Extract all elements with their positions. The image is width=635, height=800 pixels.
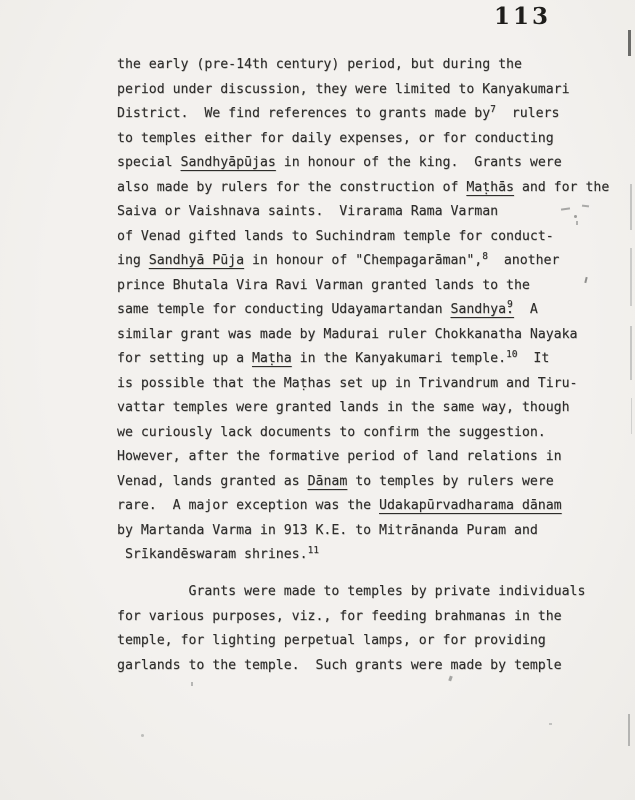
text-segment: temple, for lighting perpetual lamps, or… — [117, 633, 546, 648]
text-segment: same temple for conducting Udayamartanda… — [117, 302, 450, 317]
body-text: the early (pre-14th century) period, but… — [117, 53, 609, 678]
scan-edge-mark — [630, 326, 632, 380]
text-segment: However, after the formative period of l… — [117, 449, 562, 464]
text-segment: District. We find references to grants m… — [117, 106, 490, 121]
pencil-smudge-mark — [574, 215, 577, 218]
text-line: for various purposes, viz., for feeding … — [117, 605, 609, 630]
text-line: temple, for lighting perpetual lamps, or… — [117, 629, 609, 654]
footnote-reference: .9 — [506, 302, 514, 317]
text-line: Venad, lands granted as Dānam to temples… — [117, 470, 609, 495]
scan-edge-mark — [628, 30, 631, 56]
scan-speck — [191, 682, 193, 686]
footnote-number: 9 — [507, 293, 513, 318]
text-line: for setting up a Maṭha in the Kanyakumar… — [117, 347, 609, 372]
footnote-reference: 8 — [482, 251, 488, 262]
text-line: Srīkandēswaram shrines.11 — [117, 543, 609, 568]
underlined-term: Sandhyāpūjas — [181, 155, 276, 170]
text-line: we curiously lack documents to confirm t… — [117, 421, 609, 446]
page-number: 113 — [494, 3, 551, 30]
text-segment: to temples either for daily expenses, or… — [117, 131, 554, 146]
text-segment: Saiva or Vaishnava saints. Virarama Rama… — [117, 204, 498, 219]
text-segment: of Venad gifted lands to Suchindram temp… — [117, 229, 554, 244]
text-line: However, after the formative period of l… — [117, 445, 609, 470]
text-segment: similar grant was made by Madurai ruler … — [117, 327, 578, 342]
footnote-reference: 10 — [506, 349, 517, 360]
text-segment: in honour of "Chempagarāman", — [244, 253, 482, 268]
text-line: prince Bhutala Vira Ravi Varman granted … — [117, 274, 609, 299]
text-segment: to temples by rulers were — [347, 474, 553, 489]
text-line: garlands to the temple. Such grants were… — [117, 654, 609, 679]
scan-speck — [549, 723, 552, 725]
scan-edge-mark — [628, 714, 630, 746]
pencil-smudge-mark — [576, 221, 578, 225]
text-line: also made by rulers for the construction… — [117, 176, 609, 201]
text-line: period under discussion, they were limit… — [117, 78, 609, 103]
scan-edge-mark — [630, 248, 632, 306]
text-segment: prince Bhutala Vira Ravi Varman granted … — [117, 278, 530, 293]
scan-speck — [141, 734, 144, 737]
text-line: to temples either for daily expenses, or… — [117, 127, 609, 152]
text-segment: ing — [117, 253, 149, 268]
underlined-term: Dānam — [308, 474, 348, 489]
text-segment: for setting up a — [117, 351, 252, 366]
text-segment: by Martanda Varma in 913 K.E. to Mitrāna… — [117, 523, 538, 538]
text-line: by Martanda Varma in 913 K.E. to Mitrāna… — [117, 519, 609, 544]
text-segment: we curiously lack documents to confirm t… — [117, 425, 546, 440]
text-line: Saiva or Vaishnava saints. Virarama Rama… — [117, 200, 609, 225]
text-line: the early (pre-14th century) period, but… — [117, 53, 609, 78]
text-line: of Venad gifted lands to Suchindram temp… — [117, 225, 609, 250]
text-line: similar grant was made by Madurai ruler … — [117, 323, 609, 348]
scan-speck — [448, 676, 453, 682]
text-segment: the early (pre-14th century) period, but… — [117, 57, 522, 72]
text-segment: special — [117, 155, 181, 170]
text-segment: It — [518, 351, 550, 366]
text-segment: Venad, lands granted as — [117, 474, 308, 489]
text-line: special Sandhyāpūjas in honour of the ki… — [117, 151, 609, 176]
scan-edge-mark — [630, 184, 632, 230]
footnote-reference: 11 — [308, 545, 319, 556]
text-segment: another — [488, 253, 559, 268]
footnote-reference: 7 — [490, 104, 496, 115]
scan-edge-mark — [631, 398, 632, 434]
underlined-term: Maṭha — [252, 351, 292, 366]
text-segment: Grants were made to temples by private i… — [117, 584, 585, 599]
text-line: ing Sandhyā Pūja in honour of "Chempagar… — [117, 249, 609, 274]
text-segment: Srīkandēswaram shrines. — [117, 547, 308, 562]
text-segment: also made by rulers for the construction… — [117, 180, 466, 195]
text-segment: and for the — [514, 180, 609, 195]
text-line: District. We find references to grants m… — [117, 102, 609, 127]
underlined-term: Udakapūrvadharama dānam — [379, 498, 562, 513]
underlined-term: Sandhyā Pūja — [149, 253, 244, 268]
paragraph: the early (pre-14th century) period, but… — [117, 53, 609, 568]
text-line: same temple for conducting Udayamartanda… — [117, 298, 609, 323]
text-segment: rare. A major exception was the — [117, 498, 379, 513]
text-segment: period under discussion, they were limit… — [117, 82, 570, 97]
paragraph: Grants were made to temples by private i… — [117, 580, 609, 678]
text-segment: for various purposes, viz., for feeding … — [117, 609, 562, 624]
underlined-term: Sandhya — [450, 302, 506, 317]
scanned-page: 113 the early (pre-14th century) period,… — [0, 0, 635, 800]
text-segment: A — [514, 302, 538, 317]
text-segment: rulers — [496, 106, 560, 121]
text-segment: garlands to the temple. Such grants were… — [117, 658, 562, 673]
text-line: rare. A major exception was the Udakapūr… — [117, 494, 609, 519]
underlined-term: Maṭhās — [466, 180, 514, 195]
text-segment: in honour of the king. Grants were — [276, 155, 562, 170]
text-segment: is possible that the Maṭhas set up in Tr… — [117, 376, 578, 391]
text-line: vattar temples were granted lands in the… — [117, 396, 609, 421]
text-line: Grants were made to temples by private i… — [117, 580, 609, 605]
text-segment: in the Kanyakumari temple. — [292, 351, 506, 366]
text-line: is possible that the Maṭhas set up in Tr… — [117, 372, 609, 397]
text-segment: vattar temples were granted lands in the… — [117, 400, 570, 415]
